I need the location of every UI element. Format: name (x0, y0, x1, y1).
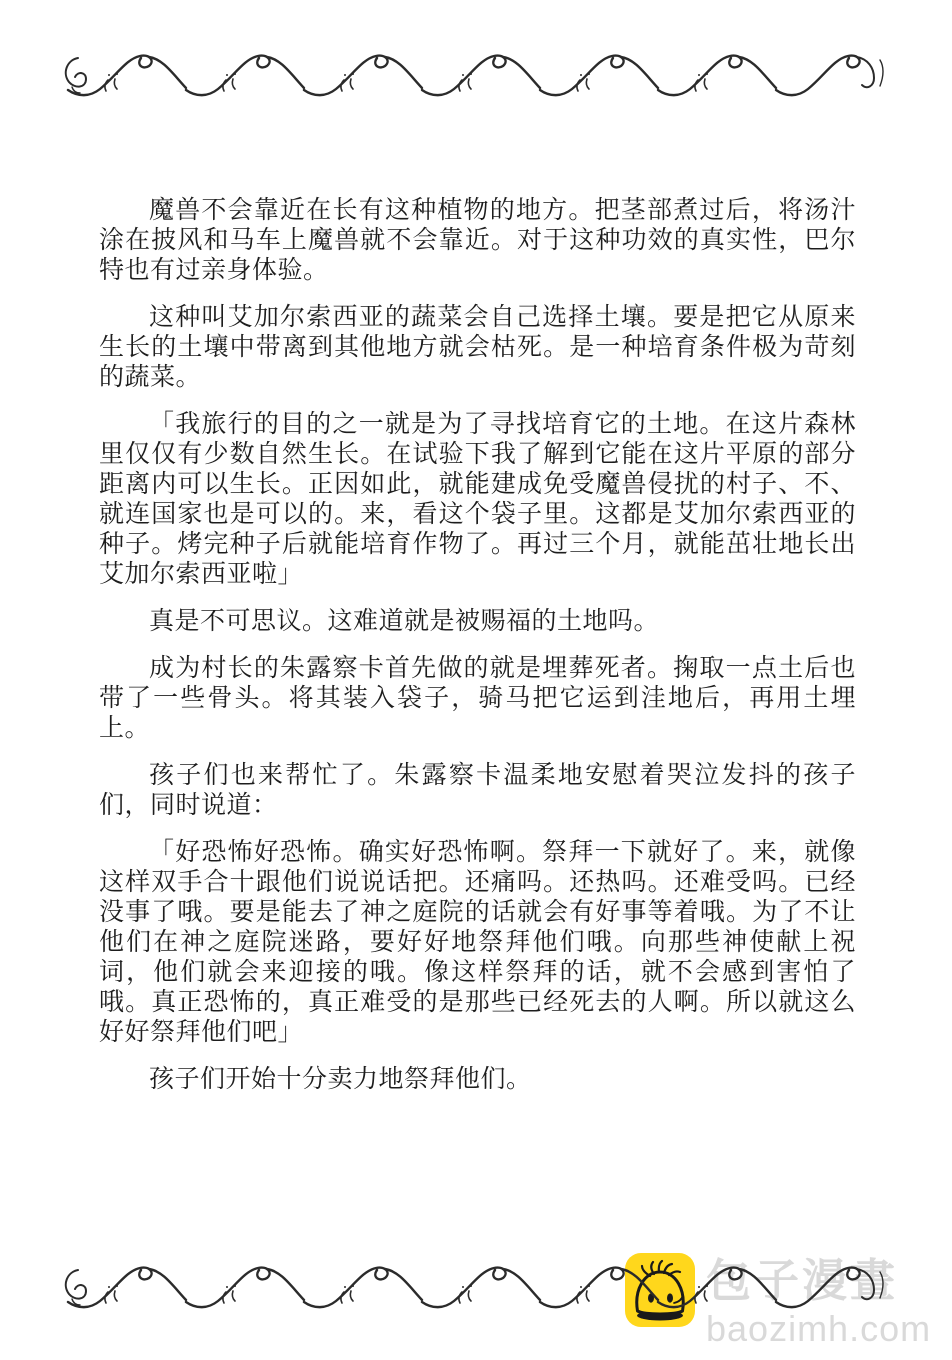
paragraph: 孩子们也来帮忙了。朱露察卡温柔地安慰着哭泣发抖的孩子们，同时说道： (99, 761, 856, 821)
novel-text-block: 魔兽不会靠近在长有这种植物的地方。把茎部煮过后，将汤汁涂在披风和马车上魔兽就不会… (99, 196, 856, 1112)
paragraph: 孩子们开始十分卖力地祭拜他们。 (99, 1065, 856, 1095)
paragraph-dialogue: 「我旅行的目的之一就是为了寻找培育它的土地。在这片森林里仅仅有少数自然生长。在试… (99, 410, 856, 590)
paragraph-dialogue: 「好恐怖好恐怖。确实好恐怖啊。祭拜一下就好了。来，就像这样双手合十跟他们说说话把… (99, 838, 856, 1048)
paragraph: 真是不可思议。这难道就是被赐福的土地吗。 (99, 607, 856, 637)
paragraph: 成为村长的朱露察卡首先做的就是埋葬死者。掬取一点土后也带了一些骨头。将其装入袋子… (99, 654, 856, 744)
novel-text-page: 魔兽不会靠近在长有这种植物的地方。把茎部煮过后，将汤汁涂在披风和马车上魔兽就不会… (0, 0, 952, 1360)
bottom-scroll-divider-icon (62, 1258, 890, 1324)
paragraph: 这种叫艾加尔索西亚的蔬菜会自己选择土壤。要是把它从原来生长的土壤中带离到其他地方… (99, 303, 856, 393)
paragraph: 魔兽不会靠近在长有这种植物的地方。把茎部煮过后，将汤汁涂在披风和马车上魔兽就不会… (99, 196, 856, 286)
top-scroll-divider-icon (62, 46, 890, 112)
